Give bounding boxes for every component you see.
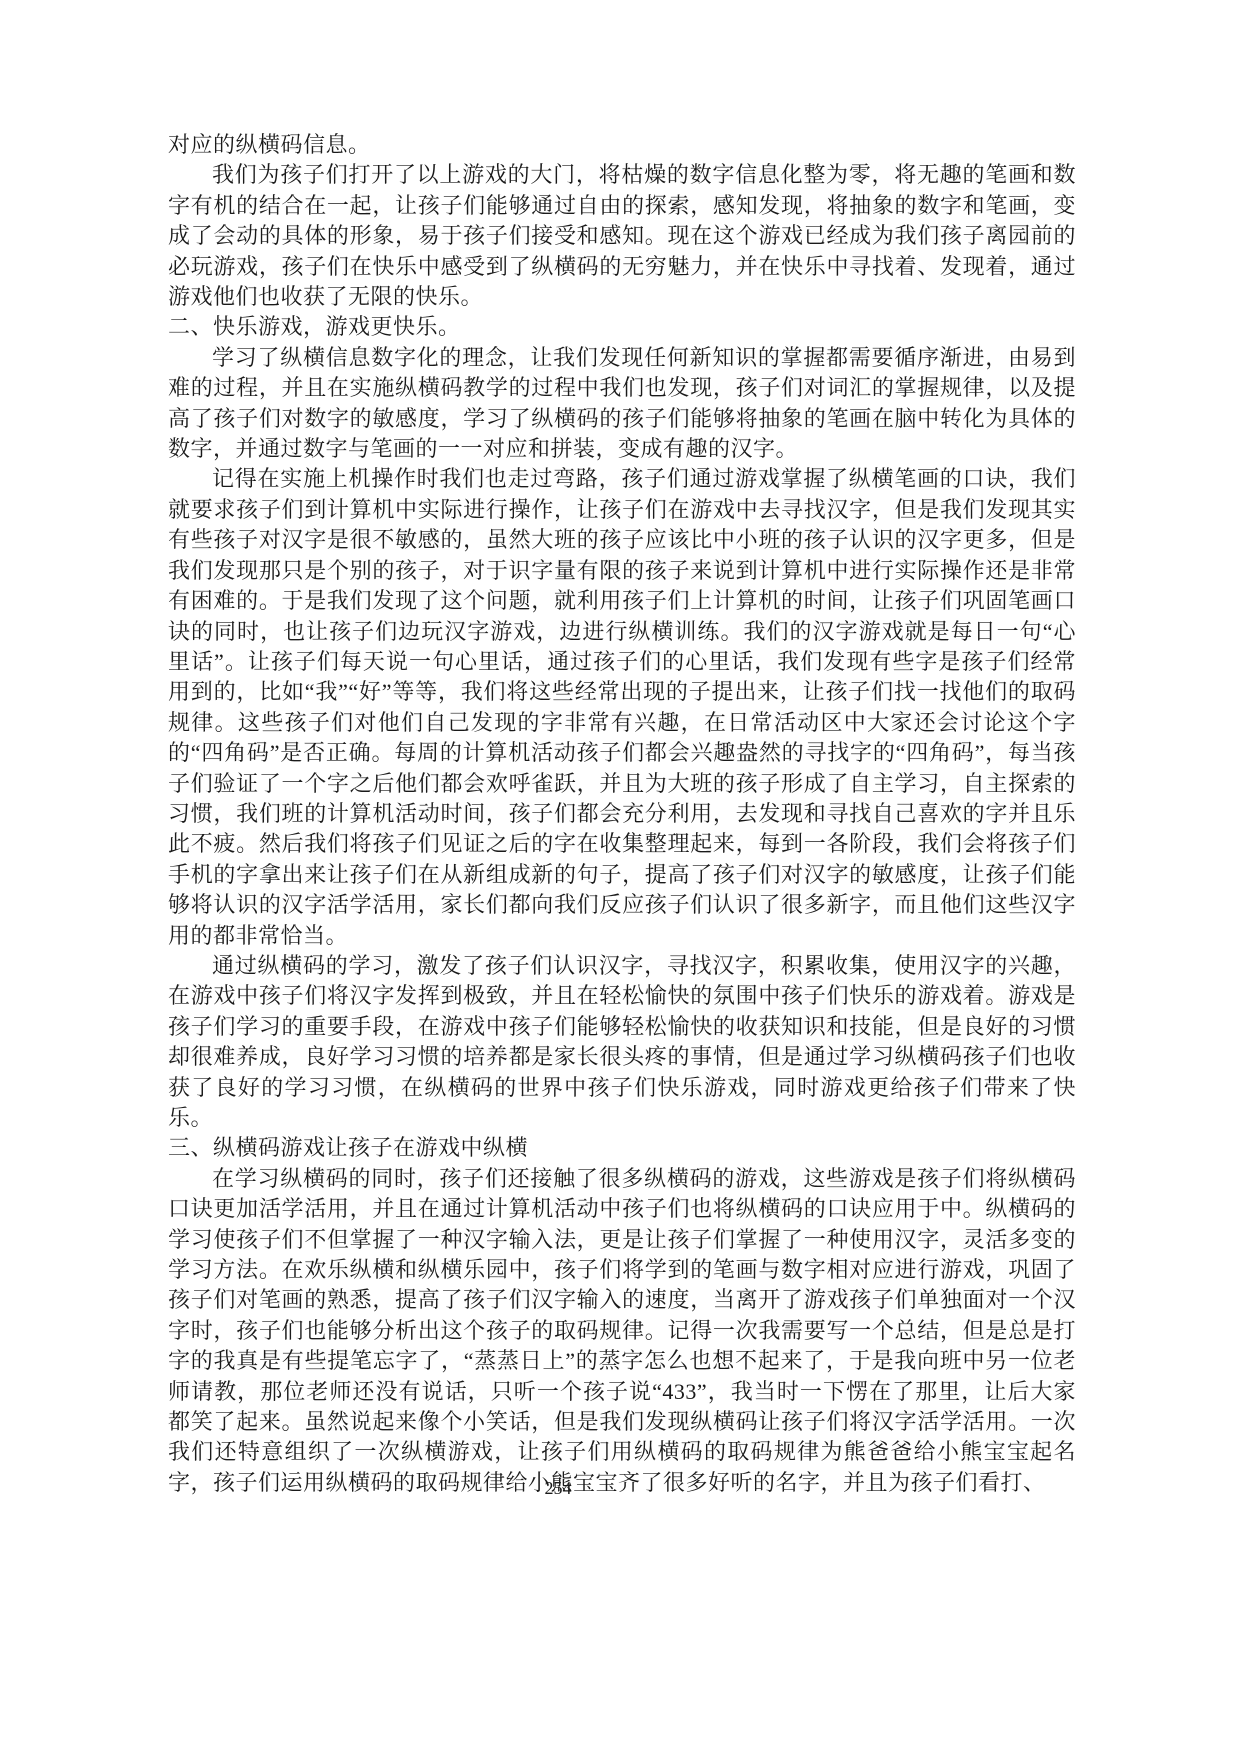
paragraph: 我们为孩子们打开了以上游戏的大门，将枯燥的数字信息化整为零，将无趣的笔画和数字有… (168, 160, 1076, 312)
document-page: 对应的纵横码信息。 我们为孩子们打开了以上游戏的大门，将枯燥的数字信息化整为零，… (0, 0, 1246, 1763)
paragraph: 记得在实施上机操作时我们也走过弯路，孩子们通过游戏掌握了纵横笔画的口诀，我们就要… (168, 464, 1076, 951)
section-heading-2: 二、快乐游戏，游戏更快乐。 (168, 312, 1076, 342)
page-text-body: 对应的纵横码信息。 我们为孩子们打开了以上游戏的大门，将枯燥的数字信息化整为零，… (168, 130, 1076, 1498)
paragraph: 学习了纵横信息数字化的理念，让我们发现任何新知识的掌握都需要循序渐进，由易到难的… (168, 343, 1076, 465)
paragraph: 在学习纵横码的同时，孩子们还接触了很多纵横码的游戏，这些游戏是孩子们将纵横码口诀… (168, 1164, 1076, 1498)
paragraph: 通过纵横码的学习，激发了孩子们认识汉字，寻找汉字，积累收集，使用汉字的兴趣，在游… (168, 951, 1076, 1133)
paragraph-continuation: 对应的纵横码信息。 (168, 130, 1076, 160)
section-heading-3: 三、纵横码游戏让孩子在游戏中纵横 (168, 1133, 1076, 1163)
page-number: 254 (168, 1478, 948, 1499)
